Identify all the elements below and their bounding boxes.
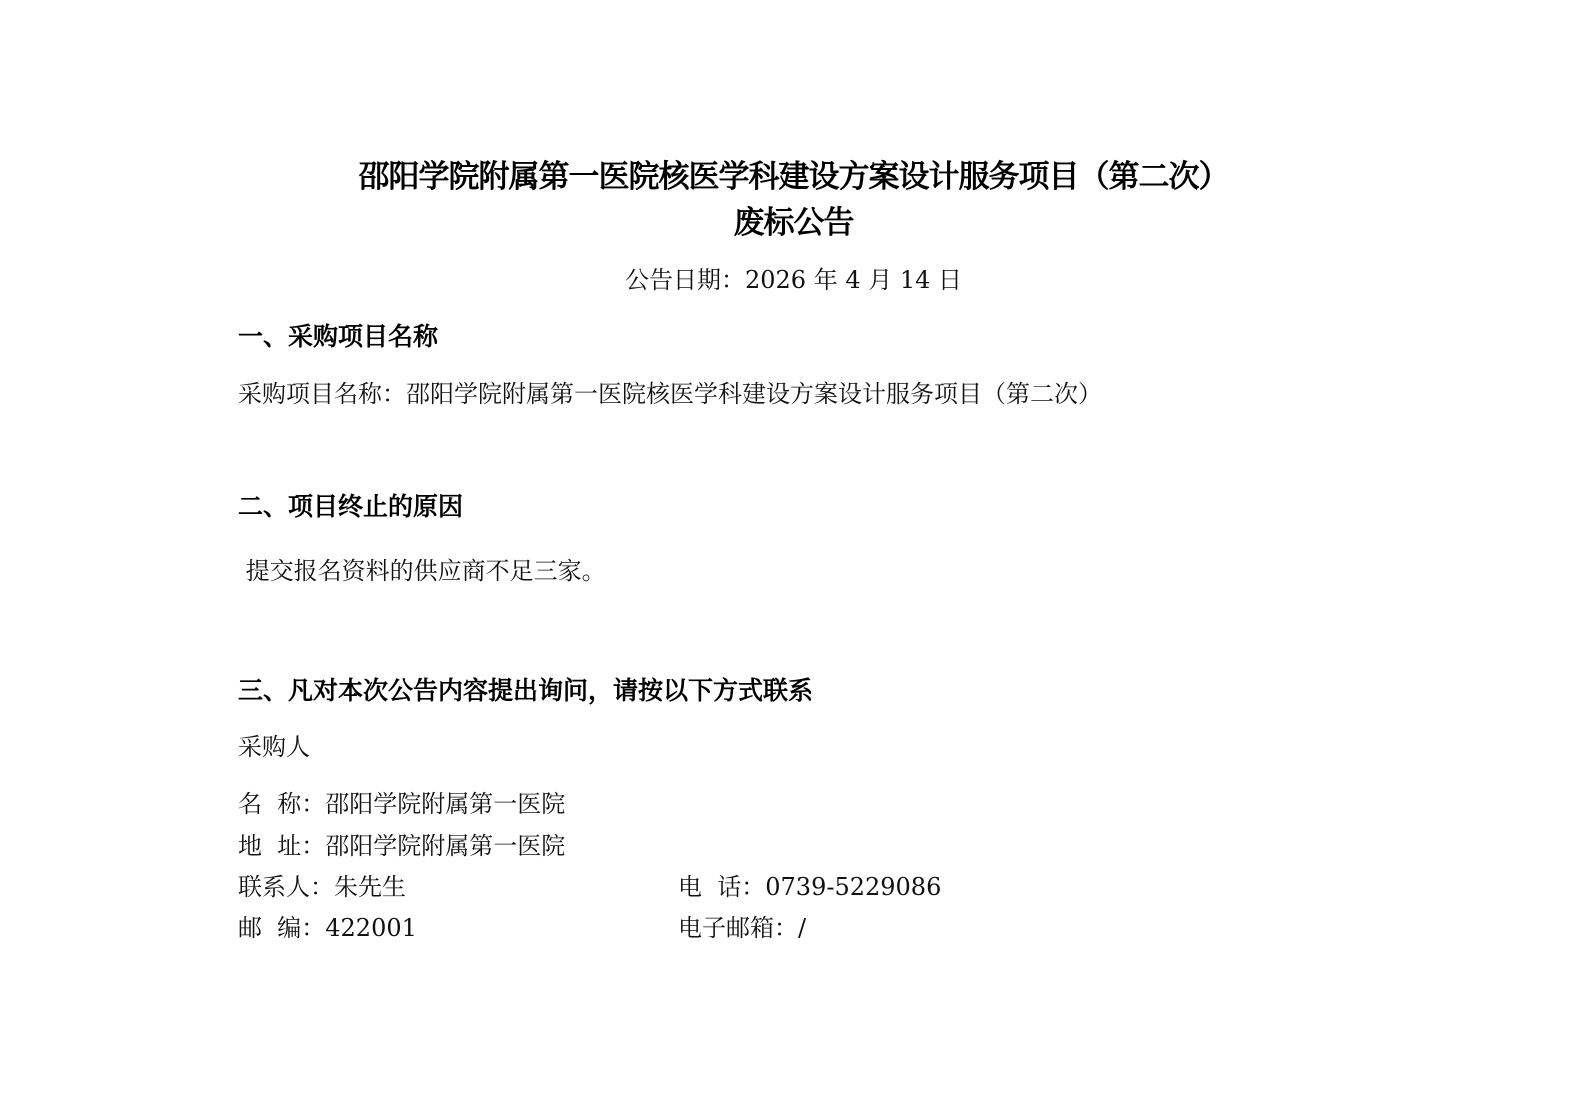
contact-address-value: 邵阳学院附属第一医院 — [325, 832, 565, 860]
announcement-date: 公告日期：2026 年 4 月 14 日 — [0, 263, 1587, 297]
section-heading-contact: 三、凡对本次公告内容提出询问，请按以下方式联系 — [238, 674, 813, 708]
contact-email: 电子邮箱：/ — [678, 911, 806, 945]
contact-person: 联系人：朱先生 — [238, 870, 406, 904]
contact-phone-value: 0739-5229086 — [765, 873, 941, 901]
contact-name: 名 称：邵阳学院附属第一医院 — [238, 787, 565, 821]
contact-postcode-value: 422001 — [325, 914, 417, 942]
contact-email-value: / — [798, 914, 806, 942]
contact-postcode-label: 邮 编： — [238, 914, 325, 942]
contact-address: 地 址：邵阳学院附属第一医院 — [238, 829, 565, 863]
contact-person-value: 朱先生 — [334, 873, 406, 901]
contact-postcode: 邮 编：422001 — [238, 911, 417, 945]
contact-person-label: 联系人： — [238, 873, 334, 901]
contact-address-label: 地 址： — [238, 832, 325, 860]
purchaser-label: 采购人 — [238, 730, 310, 764]
contact-row-postcode-email: 邮 编：422001 电子邮箱：/ — [238, 911, 1038, 945]
contact-email-label: 电子邮箱： — [678, 914, 798, 942]
section-heading-termination-reason: 二、项目终止的原因 — [238, 490, 463, 524]
contact-name-value: 邵阳学院附属第一医院 — [325, 790, 565, 818]
contact-phone-label: 电 话： — [678, 873, 765, 901]
document-subtitle: 废标公告 — [0, 201, 1587, 245]
section-body-termination-reason: 提交报名资料的供应商不足三家。 — [238, 554, 606, 588]
contact-row-address: 地 址：邵阳学院附属第一医院 — [238, 829, 1038, 863]
contact-row-name: 名 称：邵阳学院附属第一医院 — [238, 787, 1038, 821]
section-body-project-name: 采购项目名称：邵阳学院附属第一医院核医学科建设方案设计服务项目（第二次） — [238, 377, 1102, 411]
contact-phone: 电 话：0739-5229086 — [678, 870, 941, 904]
contact-name-label: 名 称： — [238, 790, 325, 818]
section-heading-project-name: 一、采购项目名称 — [238, 320, 438, 354]
document-title: 邵阳学院附属第一医院核医学科建设方案设计服务项目（第二次） — [0, 155, 1587, 199]
document-page: 邵阳学院附属第一医院核医学科建设方案设计服务项目（第二次） 废标公告 公告日期：… — [0, 0, 1587, 1111]
contact-row-person-phone: 联系人：朱先生 电 话：0739-5229086 — [238, 870, 1038, 904]
